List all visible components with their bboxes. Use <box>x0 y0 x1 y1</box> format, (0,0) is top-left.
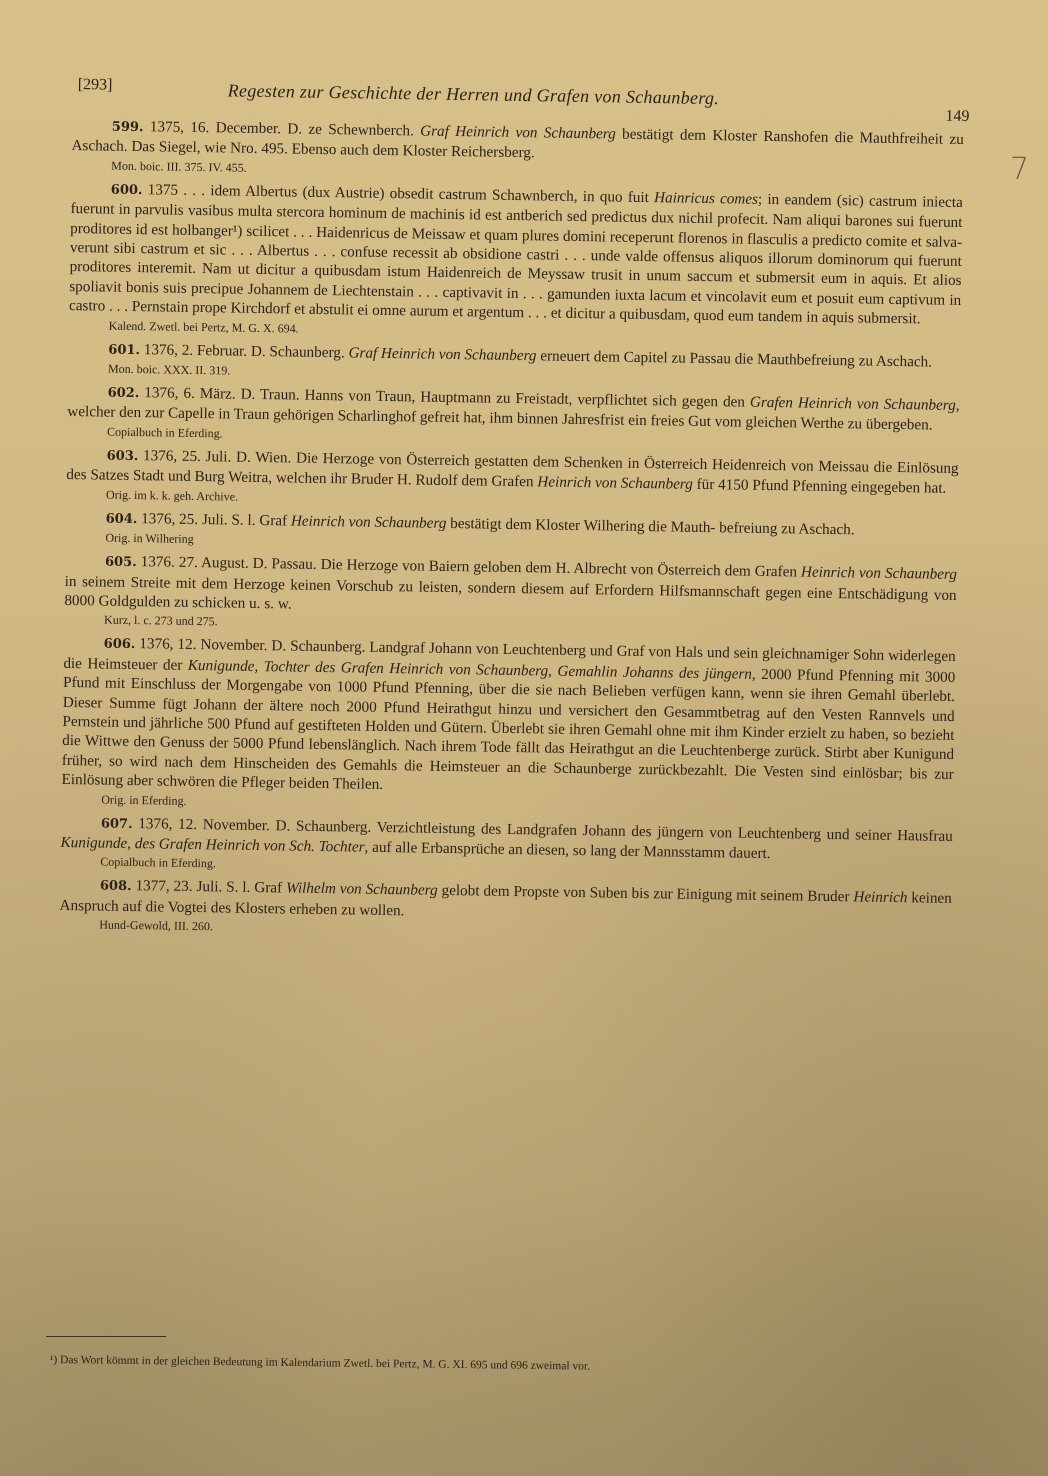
regest-entry: 605. 1376. 27. August. D. Passau. Die He… <box>64 551 957 641</box>
entry-date-place: 1376, 12. November. D. Schaunberg. <box>139 635 365 656</box>
page-number: 149 <box>945 108 969 126</box>
entry-body: , 2000 Pfund Pfenning mit 3000 Pfund mit… <box>61 665 955 793</box>
entry-italic-name: Wilhelm von Schaunberg <box>286 880 438 899</box>
entry-number: 605. <box>105 555 137 570</box>
entry-body: Graf <box>250 879 286 897</box>
regest-entry: 603. 1376, 25. Juli. D. Wien. Die Herzog… <box>66 445 959 516</box>
entry-number: 602. <box>108 386 140 401</box>
entry-italic-name: Heinrich von Schaunberg <box>291 512 447 531</box>
entry-number: 599. <box>112 120 144 135</box>
entry-number: 601. <box>108 342 140 357</box>
regest-entry: 600. 1375 . . . idem Albertus (dux Austr… <box>69 179 963 347</box>
regesta-entries: 599. 1375, 16. December. D. ze Schewnber… <box>59 116 964 952</box>
entry-text: 606. 1376, 12. November. D. Schaunberg. … <box>61 633 955 803</box>
handwritten-margin-note: 7 <box>1010 152 1029 187</box>
entry-number: 600. <box>111 182 143 197</box>
entry-italic-name: Hainricus comes <box>654 189 758 208</box>
entry-date-place: 1377, 23. Juli. S. l. <box>135 877 250 896</box>
regest-entry: 602. 1376, 6. März. D. Traun. Hanns von … <box>67 382 960 453</box>
entry-italic-name: Grafen Heinrich von Schaunberg <box>750 394 956 414</box>
entry-italic-name: Graf Heinrich von Schaunberg <box>348 344 536 364</box>
entry-number: 608. <box>100 879 132 894</box>
book-page: [293] Regesten zur Geschichte der Herren… <box>0 0 1048 1476</box>
footnote: ¹) Das Wort kömmt in der gleichen Bedeut… <box>50 1354 910 1377</box>
entry-date-place: 1376, 25. Juli. D. Wien. <box>143 447 292 466</box>
entry-italic-name: Graf Heinrich von Schaunberg <box>420 122 616 142</box>
regest-entry: 608. 1377, 23. Juli. S. l. Graf Wilhelm … <box>59 875 952 946</box>
entry-date-place: 1376. 27. August. D. Passau. <box>141 553 317 573</box>
entry-number: 607. <box>101 816 133 831</box>
entry-body: ; in eandem (sic) castrum iniecta fuerun… <box>69 191 963 328</box>
entry-number: 603. <box>107 448 139 463</box>
footnote-divider <box>46 1336 166 1337</box>
entry-text: 600. 1375 . . . idem Albertus (dux Austr… <box>69 179 963 330</box>
original-page-reference: [293] <box>78 76 113 95</box>
entry-number: 606. <box>104 637 136 652</box>
entry-italic-name: Heinrich <box>853 889 907 907</box>
entry-italic-name: Heinrich von Schaunberg <box>537 474 693 493</box>
entry-body: für 4150 Pfund Pfenning eingegeben hat. <box>693 476 947 497</box>
regest-entry: 601. 1376, 2. Februar. D. Schaunberg. Gr… <box>68 339 960 390</box>
entry-body: bestätigt dem Kloster Wilhering die Maut… <box>446 515 854 538</box>
entry-date-place: 1376, 25. Juli. S. l. <box>141 510 256 529</box>
entry-body: erneuert dem Capitel zu Passau die Mauth… <box>536 347 932 370</box>
entry-date-place: 1376, 6. März. D. Traun. <box>144 384 300 403</box>
entry-date-place: 1375, 16. December. D. ze Schewnberch. <box>150 118 414 139</box>
entry-number: 604. <box>106 511 138 526</box>
entry-date-place: 1375 . . . <box>148 181 206 199</box>
regest-entry: 607. 1376, 12. November. D. Schaunberg. … <box>60 812 953 883</box>
entry-body: gelobt dem Propste von Suben bis zur Ein… <box>437 882 853 906</box>
regest-entry: 606. 1376, 12. November. D. Schaunberg. … <box>61 633 956 820</box>
regest-entry: 599. 1375, 16. December. D. ze Schewnber… <box>71 116 964 187</box>
entry-date-place: 1376, 2. Februar. D. Schaunberg. <box>144 341 345 361</box>
entry-italic-name: Kunigunde, des Grafen Heinrich von Sch. … <box>60 834 364 856</box>
entry-italic-name: Heinrich von Schaunberg <box>801 564 957 583</box>
entry-body: Graf <box>255 512 291 530</box>
regest-entry: 604. 1376, 25. Juli. S. l. Graf Heinrich… <box>65 508 957 559</box>
entry-date-place: 1376, 12. November. D. Schaunberg. <box>138 815 371 836</box>
running-head-title: Regesten zur Geschichte der Herren und G… <box>228 80 720 109</box>
